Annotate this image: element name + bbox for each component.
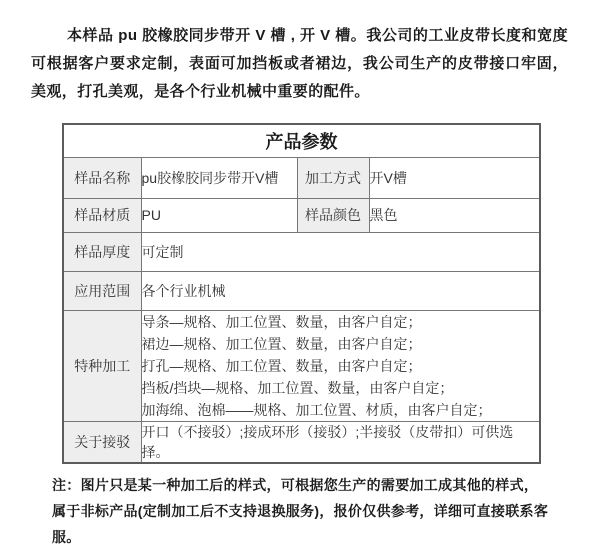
value-processing-method: 开V槽 — [369, 157, 540, 198]
label-sample-name: 样品名称 — [63, 157, 141, 198]
value-sample-color: 黑色 — [369, 198, 540, 232]
table-row: 特种加工 导条—规格、加工位置、数量，由客户自定； 裙边—规格、加工位置、数量，… — [63, 310, 540, 421]
special-processing-line: 加海绵、泡棉——规格、加工位置、材质，由客户自定； — [142, 399, 540, 421]
table-row: 关于接驳 开口（不接驳）;接成环形（接驳）;半接驳（皮带扣）可供选择。 — [63, 421, 540, 463]
table-row: 应用范围 各个行业机械 — [63, 271, 540, 310]
table-title: 产品参数 — [63, 124, 540, 157]
intro-paragraph: 本样品 pu 胶橡胶同步带开 V 槽 , 开 V 槽。我公司的工业皮带长度和宽度… — [31, 22, 568, 106]
special-processing-line: 导条—规格、加工位置、数量，由客户自定； — [142, 311, 540, 333]
note-paragraph: 注：图片只是某一种加工后的样式，可根据您生产的需要加工成其他的样式，属于非标产品… — [52, 472, 552, 550]
label-processing-method: 加工方式 — [297, 157, 369, 198]
label-special-processing: 特种加工 — [63, 310, 141, 421]
value-special-processing: 导条—规格、加工位置、数量，由客户自定； 裙边—规格、加工位置、数量，由客户自定… — [141, 310, 540, 421]
label-sample-material: 样品材质 — [63, 198, 141, 232]
label-splicing: 关于接驳 — [63, 421, 141, 463]
special-processing-line: 裙边—规格、加工位置、数量，由客户自定； — [142, 333, 540, 355]
table-row: 样品名称 pu胶橡胶同步带开V槽 加工方式 开V槽 — [63, 157, 540, 198]
product-params-table: 产品参数 样品名称 pu胶橡胶同步带开V槽 加工方式 开V槽 样品材质 PU 样… — [62, 123, 541, 464]
value-sample-material: PU — [141, 198, 297, 232]
special-processing-line: 打孔—规格、加工位置、数量，由客户自定； — [142, 355, 540, 377]
label-application-scope: 应用范围 — [63, 271, 141, 310]
table-row: 样品厚度 可定制 — [63, 232, 540, 271]
special-processing-line: 挡板/挡块—规格、加工位置、数量，由客户自定； — [142, 377, 540, 399]
value-splicing: 开口（不接驳）;接成环形（接驳）;半接驳（皮带扣）可供选择。 — [141, 421, 540, 463]
product-detail-page: 本样品 pu 胶橡胶同步带开 V 槽 , 开 V 槽。我公司的工业皮带长度和宽度… — [0, 0, 600, 554]
value-application-scope: 各个行业机械 — [141, 271, 540, 310]
table-row: 样品材质 PU 样品颜色 黑色 — [63, 198, 540, 232]
table-title-row: 产品参数 — [63, 124, 540, 157]
label-sample-color: 样品颜色 — [297, 198, 369, 232]
value-sample-name: pu胶橡胶同步带开V槽 — [141, 157, 297, 198]
value-sample-thickness: 可定制 — [141, 232, 540, 271]
label-sample-thickness: 样品厚度 — [63, 232, 141, 271]
